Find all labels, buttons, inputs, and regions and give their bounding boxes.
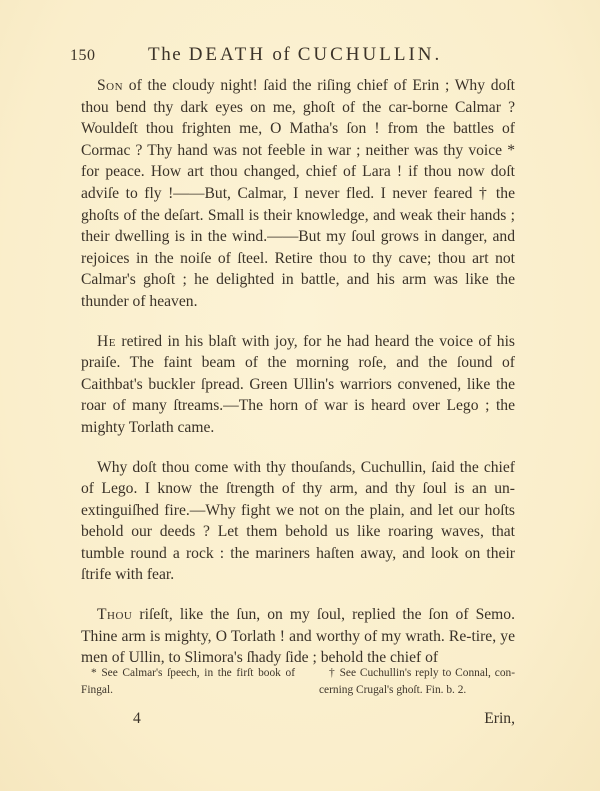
body-text: Son of the cloudy night! ſaid the riſing… bbox=[81, 75, 515, 669]
paragraph-1: Son of the cloudy night! ſaid the riſing… bbox=[81, 75, 515, 313]
page-number: 150 bbox=[70, 47, 96, 65]
paragraph-lead: Son bbox=[97, 77, 123, 94]
title-prefix: The bbox=[148, 44, 189, 65]
paragraph-2: He retired in his blaſt with joy, for he… bbox=[81, 331, 515, 439]
footnote-dagger: † See Cuchullin's reply to Connal, con-c… bbox=[319, 665, 515, 699]
title-mid: of bbox=[266, 44, 298, 65]
title-caps: DEATH bbox=[189, 44, 266, 65]
running-title: The DEATH of CUCHULLIN. bbox=[148, 44, 442, 66]
footnotes: * See Calmar's ſpeech, in the firſt book… bbox=[81, 665, 515, 699]
footnote-marker: † bbox=[329, 667, 336, 679]
paragraph-3: Why doſt thou come with thy thouſands, C… bbox=[81, 457, 515, 587]
paragraph-text: Why doſt thou come with thy thouſands, C… bbox=[81, 459, 515, 584]
paragraph-lead: Thou bbox=[97, 606, 132, 623]
paragraph-text: riſeſt, like the ſun, on my ſoul, replie… bbox=[81, 606, 515, 666]
signature-mark: 4 bbox=[133, 710, 141, 728]
footnote-asterisk: * See Calmar's ſpeech, in the firſt book… bbox=[81, 665, 295, 699]
catchword: Erin, bbox=[484, 710, 515, 728]
book-page: 150 The DEATH of CUCHULLIN. Son of the c… bbox=[0, 0, 600, 791]
title-caps2: CUCHULLIN. bbox=[298, 44, 443, 65]
paragraph-text: retired in his blaſt with joy, for he ha… bbox=[81, 333, 515, 436]
paragraph-lead: He bbox=[97, 333, 116, 350]
footnote-text: See Cuchullin's reply to Connal, con-cer… bbox=[319, 667, 515, 696]
paragraph-4: Thou riſeſt, like the ſun, on my ſoul, r… bbox=[81, 604, 515, 669]
catch-line: 4 Erin, bbox=[81, 710, 515, 732]
running-head: 150 The DEATH of CUCHULLIN. bbox=[70, 44, 520, 68]
footnote-text: See Calmar's ſpeech, in the firſt book o… bbox=[81, 667, 295, 696]
paragraph-text: of the cloudy night! ſaid the riſing chi… bbox=[81, 77, 515, 310]
